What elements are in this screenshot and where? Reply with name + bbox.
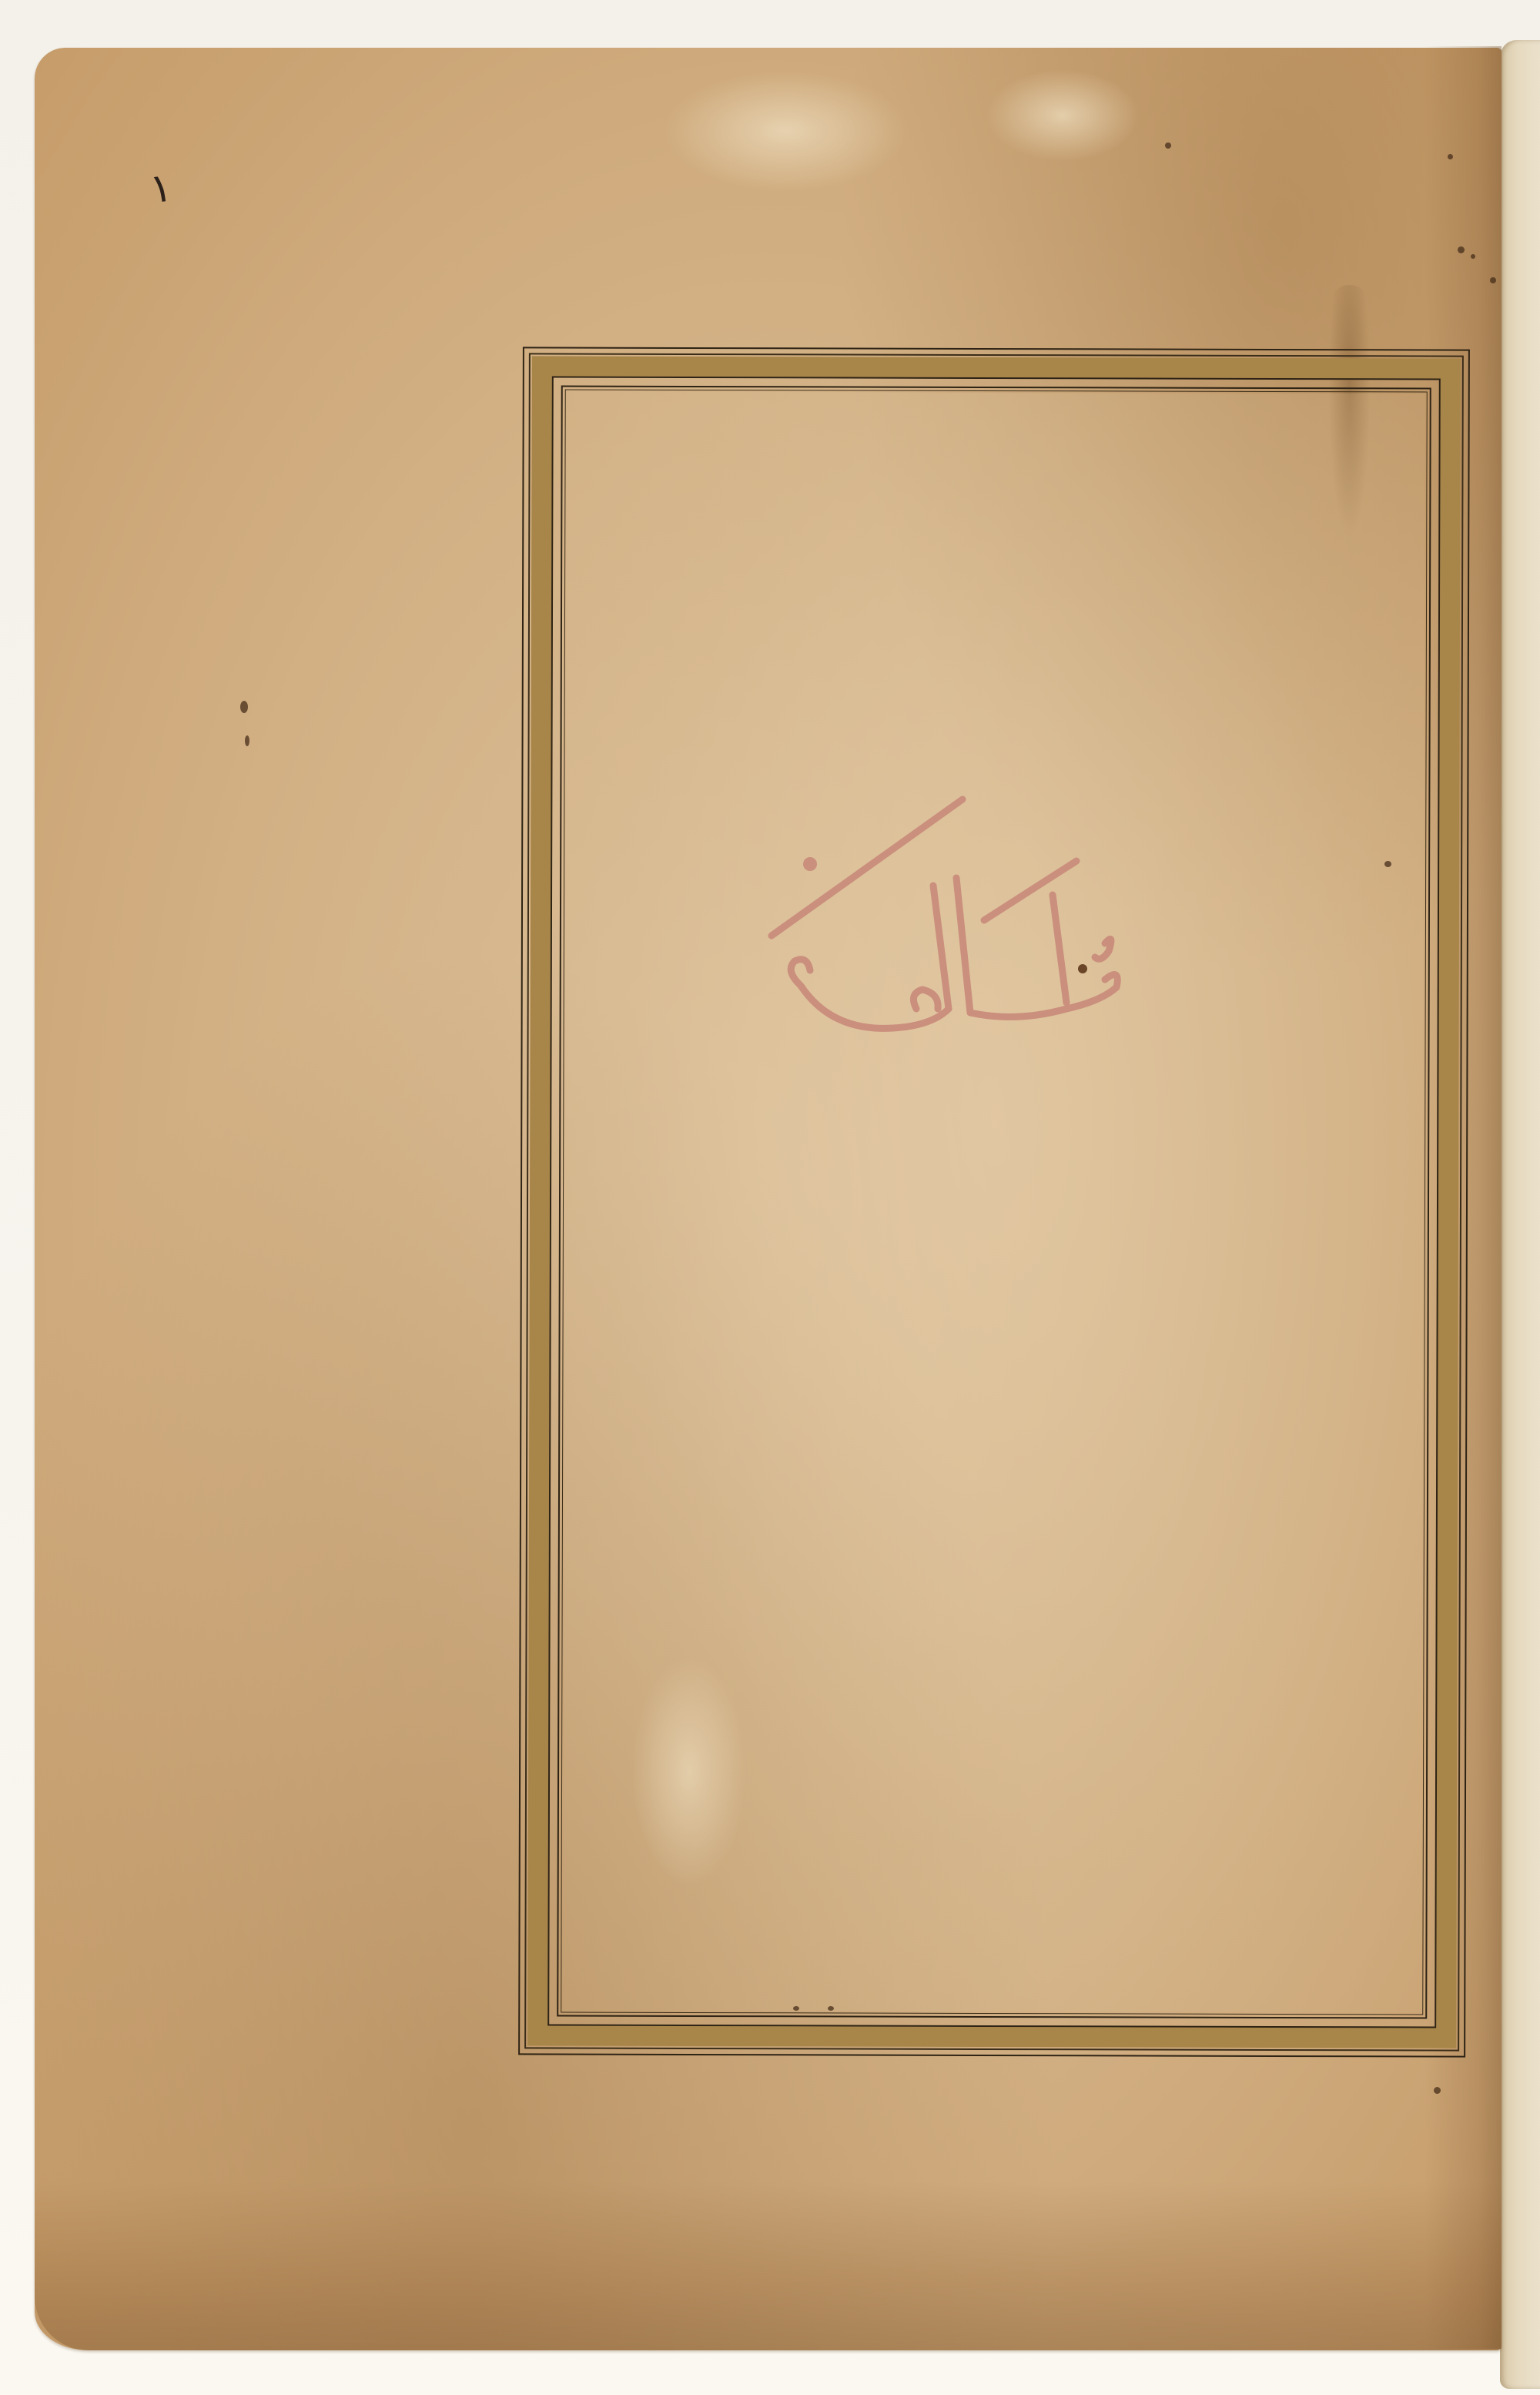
foxing-spot [1434,2087,1441,2094]
foxing-spot [1471,254,1475,259]
foxing-spot [1165,142,1171,149]
adjacent-page-edge [1500,40,1540,2389]
abrasion-patch [986,69,1140,162]
foxing-spot [828,2006,834,2011]
ruled-frame [518,347,1470,2057]
foxing-spot [1448,154,1453,159]
foxing-spot [1384,861,1391,867]
foxing-spot [245,735,249,746]
foxing-spot [793,2006,799,2011]
calligraphy-strokes [739,778,1232,1040]
foxing-spot [1458,246,1465,253]
title-calligraphy: مطالعة [739,778,1232,1040]
foxing-spot [240,701,248,713]
foxing-spot [1490,277,1496,283]
text-panel [563,392,1424,2013]
title-inscription-text: مطالعة [739,778,740,779]
abrasion-patch [662,69,909,193]
